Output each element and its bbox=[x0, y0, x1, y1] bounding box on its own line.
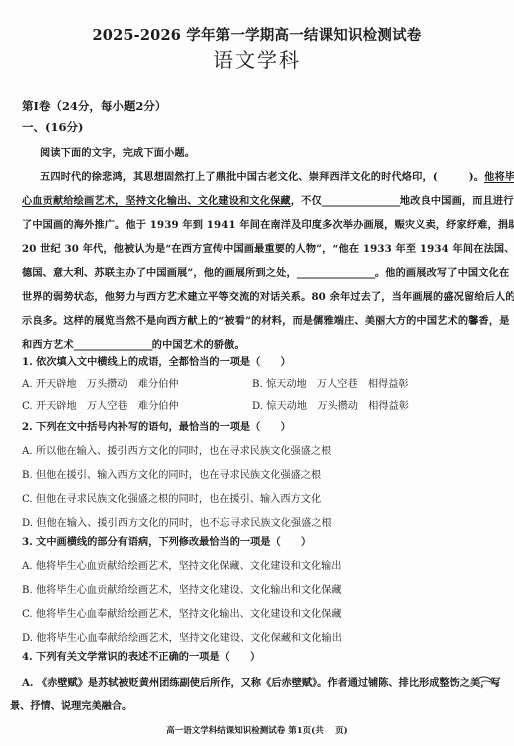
passage-text: 五四时代的徐悲鸿，其思想固然打上了鼎批中国古老文化、崇拜西洋文化的时代烙印，( … bbox=[40, 171, 484, 183]
exam-page: 2025-2026 学年第一学期高一结课知识检测试卷 语文学科 第Ⅰ卷（24分，… bbox=[0, 0, 514, 746]
option-label: D. bbox=[22, 633, 33, 644]
option-text: 开天辟地 万人空巷 难分伯仲 bbox=[36, 401, 179, 412]
option-text: 他将毕生心血贡献给绘画艺术，坚持文化建设、文化输出和文化保藏 bbox=[36, 585, 342, 596]
passage-text: 。他的画展改写了中国文化在 bbox=[375, 267, 509, 279]
exam-title: 2025-2026 学年第一学期高一结课知识检测试卷 bbox=[0, 24, 514, 45]
question-1-option-d[interactable]: D. 惊天动地 万头攒动 相得益彰 bbox=[252, 397, 409, 412]
option-text: 他将毕生心血贡献给绘画艺术，坚持文化保藏、文化建设和文化输出 bbox=[36, 561, 342, 572]
question-3-option-b[interactable]: B. 他将毕生心血贡献给绘画艺术，坚持文化建设、文化输出和文化保藏 bbox=[22, 581, 342, 596]
option-label: B. bbox=[252, 379, 263, 390]
subject-title: 语文学科 bbox=[0, 44, 514, 73]
question-1-option-c[interactable]: C. 开天辟地 万人空巷 难分伯仲 bbox=[22, 397, 179, 412]
page-footer: 高一语文学科结课知识检测试卷 第1页(共 页) bbox=[0, 724, 514, 736]
passage-line-7: 示良多。这样的展览当然不是向西方献上的“被看”的材料，而是儒雅端庄、美丽大方的中… bbox=[22, 312, 510, 327]
option-label: C. bbox=[22, 609, 33, 620]
option-label: A. bbox=[22, 446, 33, 457]
option-text: 他将毕生心血奉献给绘画艺术，坚持文化建设、文化保藏和文化输出 bbox=[36, 633, 342, 644]
passage-line-2: 心血贡献给绘画艺术，坚持文化输出、文化建设和文化保藏，不仅___________… bbox=[22, 192, 514, 207]
option-label: C. bbox=[22, 401, 33, 412]
question-1-option-a[interactable]: A. 开天辟地 万头攒动 难分伯仲 bbox=[22, 375, 178, 390]
question-1-stem: 1. 依次填入文中横线上的成语，全都恰当的一项是（ ） bbox=[22, 353, 291, 368]
option-text: 惊天动地 万头攒动 相得益彰 bbox=[266, 401, 409, 412]
handwriting-scribble-icon bbox=[478, 674, 500, 688]
question-2-stem: 2. 下列在文中括号内补写的语句，最恰当的一项是（ ） bbox=[22, 418, 291, 433]
option-label: A. bbox=[22, 677, 33, 689]
question-2-option-a[interactable]: A. 所以他在输入、援引西方文化的同时，也在寻求民族文化强盛之根 bbox=[22, 442, 331, 457]
fill-blank: _________________ bbox=[74, 339, 152, 351]
question-2-option-d[interactable]: D. 但他在输入、援引西方文化的同时，也不忘寻求民族文化强盛之根 bbox=[22, 514, 332, 529]
option-label: A. bbox=[22, 561, 33, 572]
question-4-option-a[interactable]: A. 《赤壁赋》是苏轼被贬黄州团练副使后所作，又称《后赤壁赋》。作者通过铺陈、排… bbox=[22, 674, 501, 689]
option-label: B. bbox=[22, 585, 33, 596]
option-text: 《赤壁赋》是苏轼被贬黄州团练副使后所作，又称《后赤壁赋》。作者通过铺陈、排比形成… bbox=[37, 677, 501, 689]
option-label: A. bbox=[22, 379, 33, 390]
question-4-option-a-continuation: 景、抒情、说理完美融合。 bbox=[10, 697, 132, 712]
question-3-stem: 3. 文中画横线的部分有语病，下列修改最恰当的一项是（ ） bbox=[22, 533, 311, 548]
option-label: D. bbox=[252, 401, 263, 412]
option-label: D. bbox=[22, 518, 33, 529]
passage-text: 和西方艺术 bbox=[22, 339, 74, 351]
option-text: 所以他在输入、援引西方文化的同时，也在寻求民族文化强盛之根 bbox=[36, 446, 331, 457]
question-3-option-d[interactable]: D. 他将毕生心血奉献给绘画艺术，坚持文化建设、文化保藏和文化输出 bbox=[22, 629, 342, 644]
option-text: 他将毕生心血奉献给绘画艺术，坚持文化输出、文化建设和文化保藏 bbox=[36, 609, 342, 620]
option-label: C. bbox=[22, 494, 33, 505]
passage-line-4: 20 世纪 30 年代，他被认为是“在西方宣传中国画最重要的人物”，“他在 19… bbox=[22, 240, 514, 255]
fill-blank: _________________ bbox=[297, 267, 375, 279]
question-4-stem: 4. 下列有关文学常识的表述不正确的一项是（ ） bbox=[22, 648, 260, 663]
part-title: 第Ⅰ卷（24分，每小题2分） bbox=[22, 98, 166, 114]
option-text: 惊天动地 万人空巷 相得益彰 bbox=[266, 379, 409, 390]
fill-blank: _________________ bbox=[322, 195, 400, 207]
passage-text: 地改良中国画，而且进行 bbox=[400, 195, 514, 207]
group-title: 一、(16分) bbox=[22, 119, 83, 135]
passage-line-8: 和西方艺术_________________的中国艺术的骄傲。 bbox=[22, 336, 245, 351]
question-2-option-b[interactable]: B. 但他在援引、输入西方文化的同时，也在寻求民族文化强盛之根 bbox=[22, 466, 321, 481]
option-text: 开天辟地 万头攒动 难分伯仲 bbox=[36, 379, 179, 390]
question-1-option-b[interactable]: B. 惊天动地 万人空巷 相得益彰 bbox=[252, 375, 409, 390]
option-text: 但他在寻求民族文化强盛之根的同时，也在援引、输入西方文化 bbox=[36, 494, 321, 505]
underlined-text: 他将毕生 bbox=[484, 171, 514, 183]
option-label: B. bbox=[22, 470, 33, 481]
passage-text: ，不仅 bbox=[291, 195, 322, 207]
underlined-text: 心血贡献给绘画艺术，坚持文化输出、文化建设和文化保藏 bbox=[22, 195, 291, 207]
passage-text: 德国、意大利、苏联主办了中国画展”，他的画展所到之处， bbox=[22, 267, 297, 279]
question-3-option-a[interactable]: A. 他将毕生心血贡献给绘画艺术，坚持文化保藏、文化建设和文化输出 bbox=[22, 557, 341, 572]
reading-instruction: 阅读下面的文字，完成下面小题。 bbox=[40, 144, 195, 159]
passage-line-6: 世界的弱势状态，他努力与西方艺术建立平等交流的对话关系。80 余年过去了，当年画… bbox=[22, 288, 514, 303]
question-3-option-c[interactable]: C. 他将毕生心血奉献给绘画艺术，坚持文化输出、文化建设和文化保藏 bbox=[22, 605, 342, 620]
option-text: 但他在援引、输入西方文化的同时，也在寻求民族文化强盛之根 bbox=[36, 470, 321, 481]
question-2-option-c[interactable]: C. 但他在寻求民族文化强盛之根的同时，也在援引、输入西方文化 bbox=[22, 490, 321, 505]
passage-line-5: 德国、意大利、苏联主办了中国画展”，他的画展所到之处，_____________… bbox=[22, 264, 509, 279]
passage-line-3: 了中国画的海外推广。他于 1939 年到 1941 年间在南洋及印度多次举办画展… bbox=[22, 216, 514, 231]
option-text: 但他在输入、援引西方文化的同时，也不忘寻求民族文化强盛之根 bbox=[36, 518, 331, 529]
passage-text: 的中国艺术的骄傲。 bbox=[152, 339, 245, 351]
passage-line-1: 五四时代的徐悲鸿，其思想固然打上了鼎批中国古老文化、崇拜西洋文化的时代烙印，( … bbox=[40, 168, 514, 183]
